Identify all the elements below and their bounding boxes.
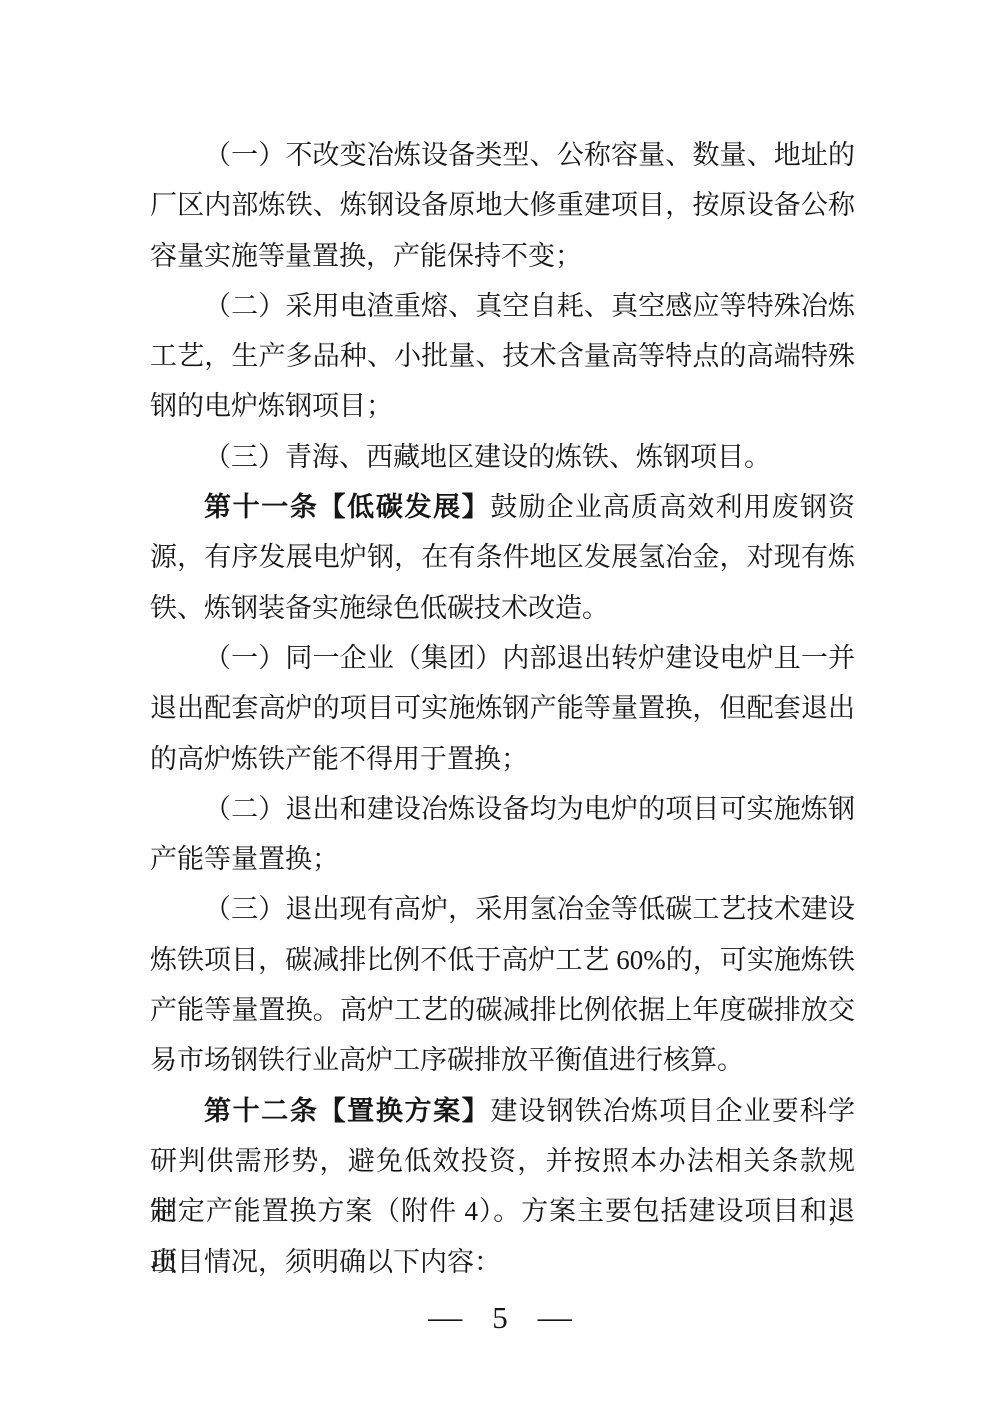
- body-text-segment: （二）退出和建设冶炼设备均为电炉的项目可实施炼钢: [204, 794, 855, 824]
- text-line: 源，有序发展电炉钢，在有条件地区发展氢冶金，对现有炼: [150, 532, 855, 582]
- text-line: 的高炉炼铁产能不得用于置换；: [150, 734, 855, 784]
- body-text-segment: 的高炉炼铁产能不得用于置换；: [150, 744, 528, 774]
- body-text-segment: （三）退出现有高炉，采用氢冶金等低碳工艺技术建设: [204, 894, 855, 924]
- body-text-segment: 退出配套高炉的项目可实施炼钢产能等量置换，但配套退出: [150, 693, 855, 723]
- text-line: 钢的电炉炼钢项目；: [150, 381, 855, 431]
- text-line: 第十二条【置换方案】建设钢铁冶炼项目企业要科学: [150, 1086, 855, 1136]
- body-text-segment: 容量实施等量置换，产能保持不变；: [150, 241, 582, 271]
- body-text-segment: 钢的电炉炼钢项目；: [150, 391, 393, 421]
- text-line: 产能等量置换；: [150, 834, 855, 884]
- document-page: （一）不改变冶炼设备类型、公称容量、数量、地址的厂区内部炼铁、炼钢设备原地大修重…: [0, 0, 1000, 1414]
- body-text-segment: 铁、炼钢装备实施绿色低碳技术改造。: [150, 593, 609, 623]
- body-text-segment: （一）不改变冶炼设备类型、公称容量、数量、地址的: [204, 140, 855, 170]
- body-text-segment: 工艺，生产多品种、小批量、技术含量高等特点的高端特殊: [150, 341, 855, 371]
- text-line: 厂区内部炼铁、炼钢设备原地大修重建项目，按原设备公称: [150, 180, 855, 230]
- body-text-segment: 源，有序发展电炉钢，在有条件地区发展氢冶金，对现有炼: [150, 542, 855, 572]
- text-line: （二）退出和建设冶炼设备均为电炉的项目可实施炼钢: [150, 784, 855, 834]
- page-footer: — 5 —: [0, 1298, 1000, 1338]
- body-text-segment: 建设钢铁冶炼项目企业要科学: [490, 1096, 855, 1126]
- body-text-segment: 产能等量置换。高炉工艺的碳减排比例依据上年度碳排放交: [150, 995, 855, 1025]
- body-text-segment: 易市场钢铁行业高炉工序碳排放平衡值进行核算。: [150, 1045, 744, 1075]
- text-line: 项目情况，须明确以下内容：: [150, 1237, 855, 1287]
- body-text-segment: （三）青海、西藏地区建设的炼铁、炼钢项目。: [204, 442, 771, 472]
- text-line: 铁、炼钢装备实施绿色低碳技术改造。: [150, 583, 855, 633]
- text-line: 工艺，生产多品种、小批量、技术含量高等特点的高端特殊: [150, 331, 855, 381]
- body-text-segment: （一）同一企业（集团）内部退出转炉建设电炉且一并: [204, 643, 855, 673]
- text-line: 第十一条【低碳发展】鼓励企业高质高效利用废钢资: [150, 482, 855, 532]
- text-line: （一）不改变冶炼设备类型、公称容量、数量、地址的: [150, 130, 855, 180]
- text-line: （二）采用电渣重熔、真空自耗、真空感应等特殊冶炼: [150, 281, 855, 331]
- body-text-segment: 鼓励企业高质高效利用废钢资: [490, 492, 855, 522]
- footer-dash-left: —: [428, 1298, 462, 1338]
- text-line: （三）退出现有高炉，采用氢冶金等低碳工艺技术建设: [150, 884, 855, 934]
- body-text-segment: 项目情况，须明确以下内容：: [150, 1247, 501, 1277]
- body-text-segment: 产能等量置换；: [150, 844, 339, 874]
- text-line: 制定产能置换方案（附件 4）。方案主要包括建设项目和退出: [150, 1186, 855, 1236]
- body-text-segment: 炼铁项目，碳减排比例不低于高炉工艺 60%的，可实施炼铁: [150, 945, 855, 975]
- page-number: 5: [492, 1298, 508, 1338]
- body-text-segment: 厂区内部炼铁、炼钢设备原地大修重建项目，按原设备公称: [150, 190, 855, 220]
- text-line: 退出配套高炉的项目可实施炼钢产能等量置换，但配套退出: [150, 683, 855, 733]
- body-text-segment: （二）采用电渣重熔、真空自耗、真空感应等特殊冶炼: [204, 291, 855, 321]
- text-line: 容量实施等量置换，产能保持不变；: [150, 231, 855, 281]
- text-line: 易市场钢铁行业高炉工序碳排放平衡值进行核算。: [150, 1035, 855, 1085]
- article-heading-text: 第十一条【低碳发展】: [204, 492, 490, 522]
- text-line: （一）同一企业（集团）内部退出转炉建设电炉且一并: [150, 633, 855, 683]
- document-body: （一）不改变冶炼设备类型、公称容量、数量、地址的厂区内部炼铁、炼钢设备原地大修重…: [150, 130, 855, 1287]
- text-line: 炼铁项目，碳减排比例不低于高炉工艺 60%的，可实施炼铁: [150, 935, 855, 985]
- footer-dash-right: —: [538, 1298, 572, 1338]
- text-line: 研判供需形势，避免低效投资，并按照本办法相关条款规定，: [150, 1136, 855, 1186]
- article-heading-text: 第十二条【置换方案】: [204, 1096, 490, 1126]
- text-line: （三）青海、西藏地区建设的炼铁、炼钢项目。: [150, 432, 855, 482]
- text-line: 产能等量置换。高炉工艺的碳减排比例依据上年度碳排放交: [150, 985, 855, 1035]
